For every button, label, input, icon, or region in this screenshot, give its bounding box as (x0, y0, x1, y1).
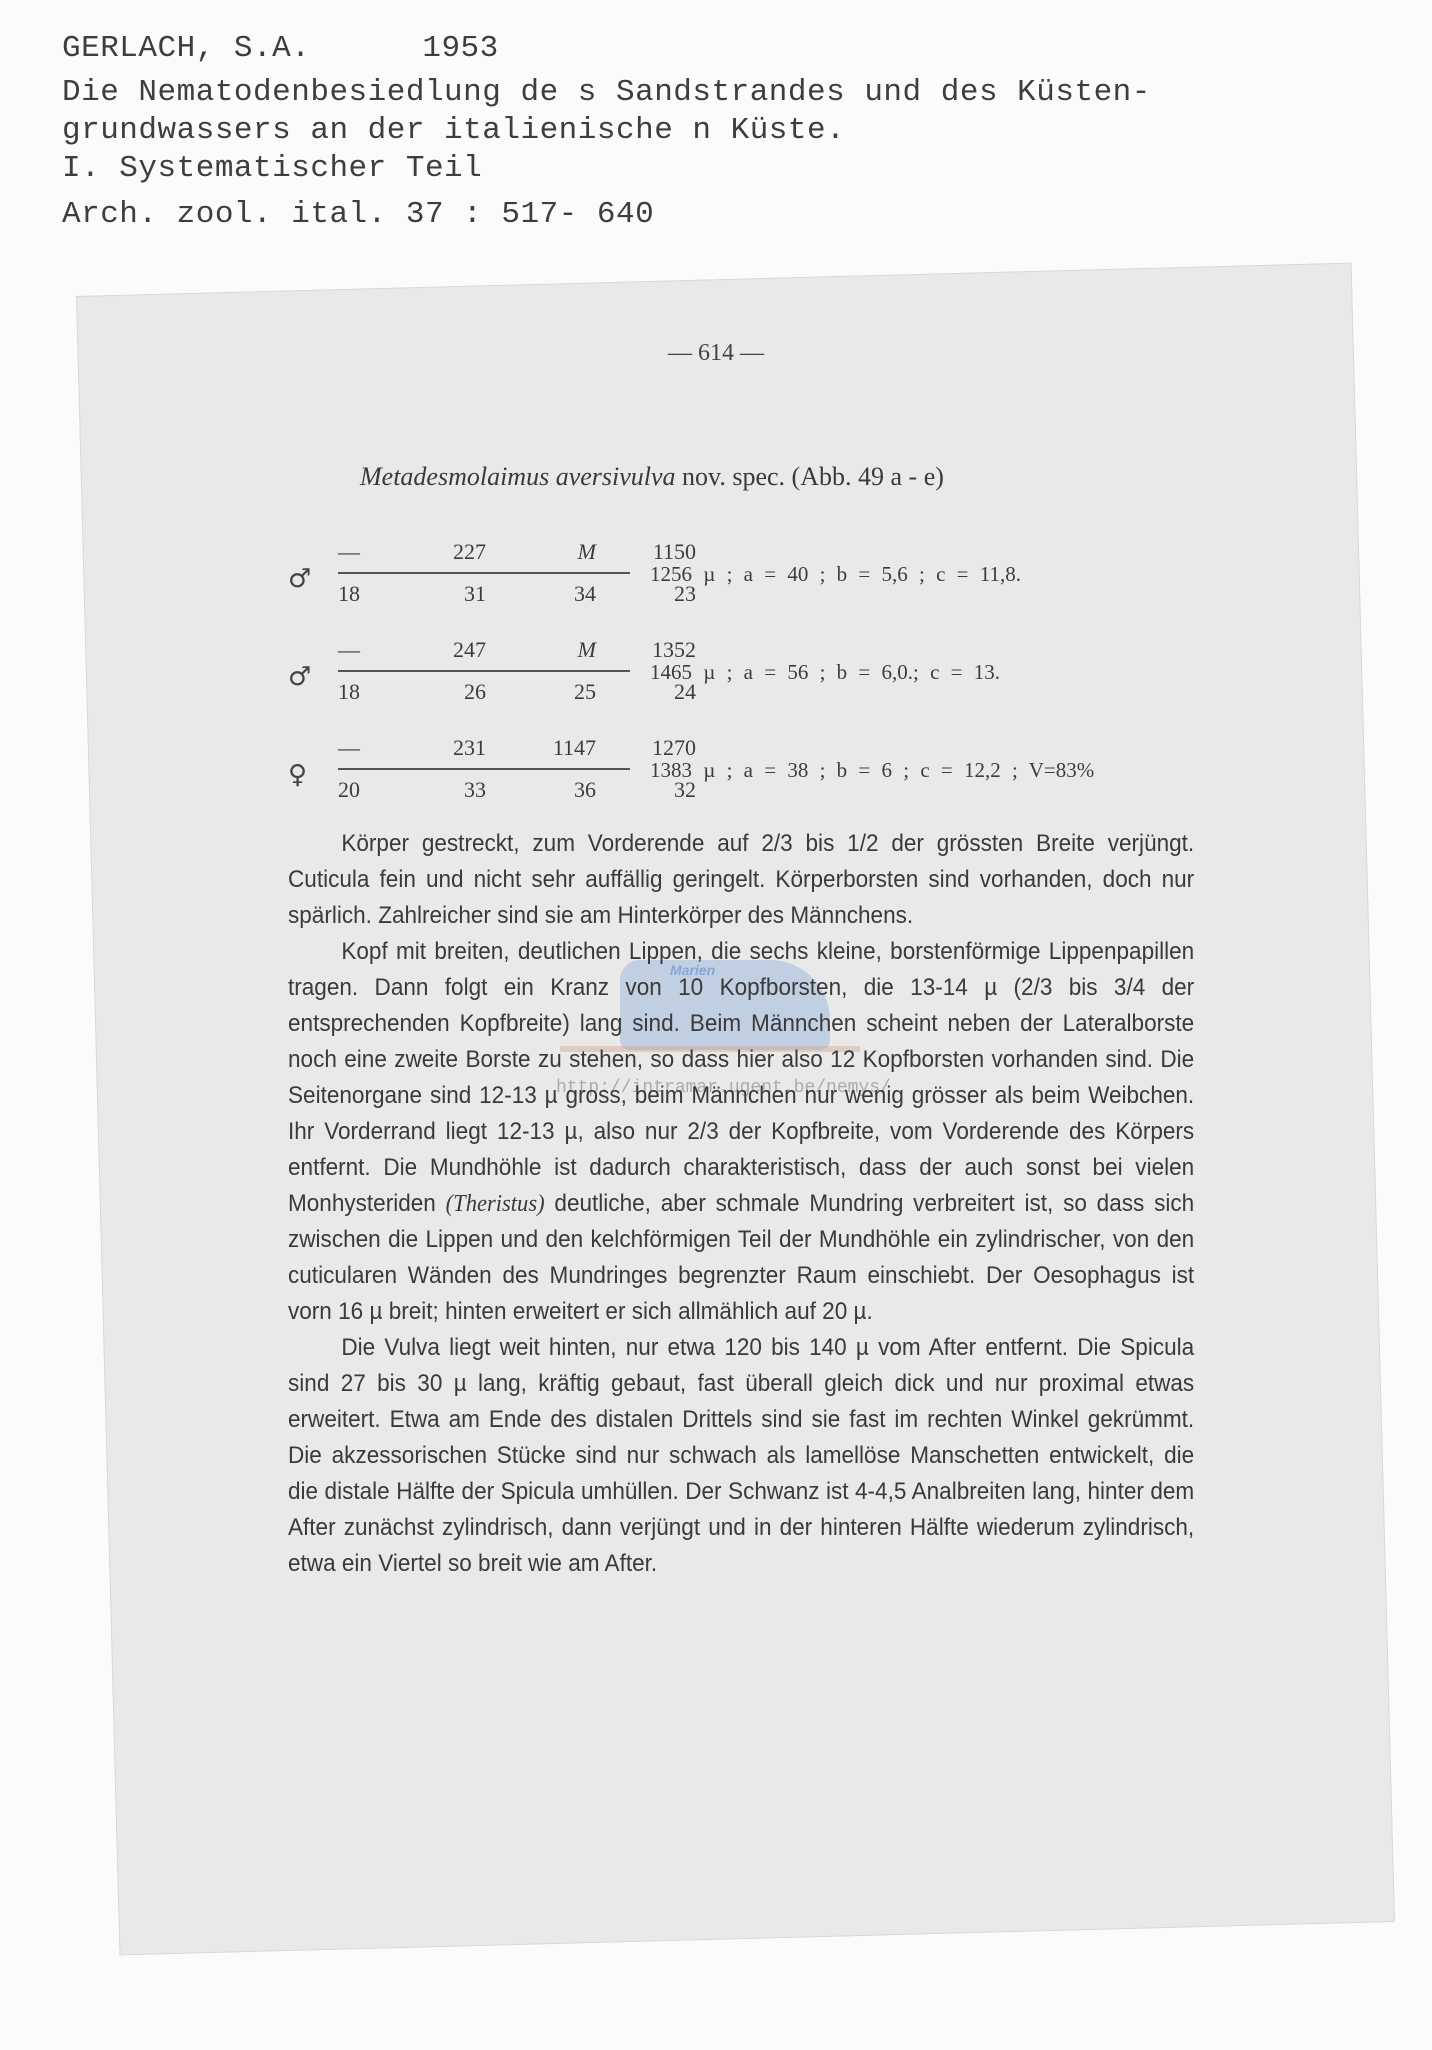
male-symbol-icon: ♂ (288, 662, 311, 692)
paragraph-body: Körper gestreckt, zum Vorderende auf 2/3… (288, 826, 1194, 934)
formula-value: 20 (338, 776, 360, 804)
citation-title-line-2: grundwassers an der italienische n Küste… (62, 112, 1151, 150)
fraction-bar (338, 768, 630, 770)
formula-value: 18 (338, 678, 360, 706)
formula-value: 26 (464, 678, 486, 706)
paragraph-head-text: Kopf mit breiten, deutlichen Lippen, die… (288, 938, 1194, 1217)
citation-title-line-1: Die Nematodenbesiedlung de s Sandstrande… (62, 74, 1151, 112)
formula-row: ♂ — 247 M 1352 18 26 25 24 1465 µ ; a = … (288, 636, 1188, 734)
formula-row: ♂ — 227 M 1150 18 31 34 23 1256 µ ; a = … (288, 538, 1188, 636)
formula-denominator: 18 31 34 23 (338, 580, 628, 608)
formula-value: 1147 (553, 734, 596, 762)
citation-year: 1953 (422, 31, 498, 66)
formula-value: M (578, 538, 596, 566)
formula-ratios: 1256 µ ; a = 40 ; b = 5,6 ; c = 11,8. (650, 562, 1021, 587)
card-header: GERLACH, S.A.1953 Die Nematodenbesiedlun… (62, 30, 1151, 234)
formula-value: 34 (574, 580, 596, 608)
formula-ratios: 1465 µ ; a = 56 ; b = 6,0.; c = 13. (650, 660, 1000, 685)
formula-value: 33 (464, 776, 486, 804)
formula-denominator: 20 33 36 32 (338, 776, 628, 804)
citation-reference: Arch. zool. ital. 37 : 517- 640 (62, 196, 1151, 234)
formula-value: 36 (574, 776, 596, 804)
measurement-formulas: ♂ — 227 M 1150 18 31 34 23 1256 µ ; a = … (288, 538, 1188, 832)
formula-numerator: — 227 M 1150 (338, 538, 628, 566)
formula-ratios: 1383 µ ; a = 38 ; b = 6 ; c = 12,2 ; V=8… (650, 758, 1094, 783)
formula-value: 18 (338, 580, 360, 608)
paragraph-reproductive: Die Vulva liegt weit hinten, nur etwa 12… (288, 1330, 1194, 1582)
formula-value: 31 (464, 580, 486, 608)
formula-row: ♀ — 231 1147 1270 20 33 36 32 1383 µ ; a… (288, 734, 1188, 832)
male-symbol-icon: ♂ (288, 564, 311, 594)
formula-value: M (578, 636, 596, 664)
female-symbol-icon: ♀ (288, 760, 307, 790)
species-name: Metadesmolaimus aversivulva (360, 462, 676, 491)
citation-author-line: GERLACH, S.A.1953 (62, 30, 1151, 68)
fraction-bar (338, 572, 630, 574)
formula-numerator: — 231 1147 1270 (338, 734, 628, 762)
formula-value: — (338, 734, 360, 762)
formula-numerator: — 247 M 1352 (338, 636, 628, 664)
formula-denominator: 18 26 25 24 (338, 678, 628, 706)
species-description: Körper gestreckt, zum Vorderende auf 2/3… (288, 826, 1194, 1582)
page-number: — 614 — (668, 340, 764, 367)
fraction-bar (338, 670, 630, 672)
genus-name-italic: (Theristus) (446, 1190, 545, 1217)
citation-title-line-3: I. Systematischer Teil (62, 150, 1151, 188)
paragraph-head: Kopf mit breiten, deutlichen Lippen, die… (288, 934, 1194, 1330)
species-heading-suffix: nov. spec. (Abb. 49 a - e) (676, 462, 944, 491)
citation-author: GERLACH, S.A. (62, 31, 310, 66)
species-heading: Metadesmolaimus aversivulva nov. spec. (… (360, 462, 944, 492)
formula-value: — (338, 636, 360, 664)
formula-value: 227 (453, 538, 486, 566)
formula-value: 231 (453, 734, 486, 762)
formula-value: 25 (574, 678, 596, 706)
formula-value: 247 (453, 636, 486, 664)
formula-value: — (338, 538, 360, 566)
